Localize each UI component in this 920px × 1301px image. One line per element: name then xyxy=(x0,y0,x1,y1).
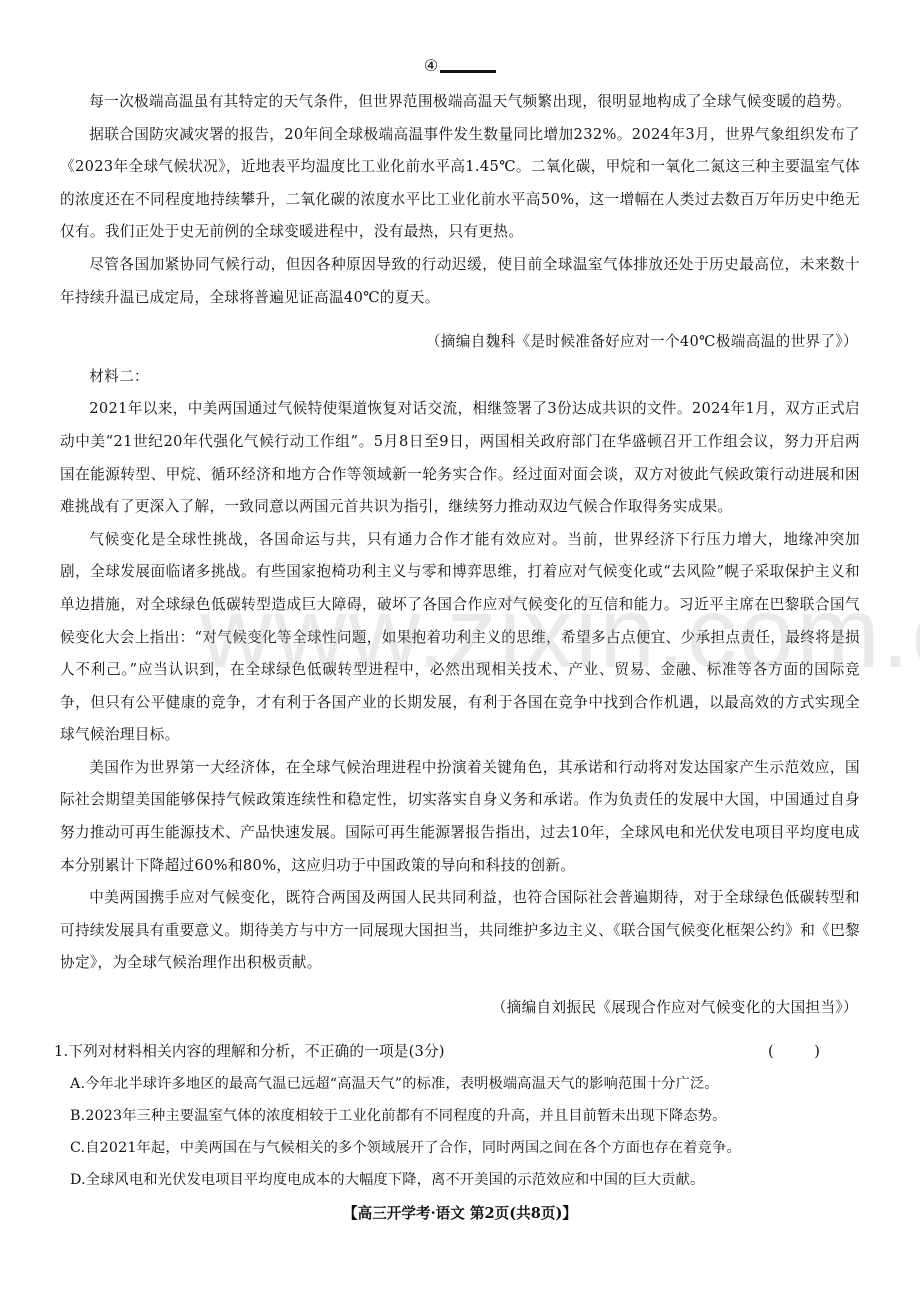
material-one-paragraph-3: 尽管各国加紧协同气候行动，但因各种原因导致的行动迟缓，使目前全球温室气体排放还处… xyxy=(60,249,860,314)
material-one-paragraph-1: 每一次极端高温虽有其特定的天气条件，但世界范围极端高温天气频繁出现，很明显地构成… xyxy=(60,86,860,119)
material-two-paragraph-2: 气候变化是全球性挑战，各国命运与共，只有通力合作才能有效应对。当前，世界经济下行… xyxy=(60,524,860,752)
section-heading: ④ xyxy=(0,55,920,77)
page-footer: 【高三开学考·语文 第2页(共8页)】 xyxy=(0,1203,920,1225)
question-stem-row: 1.下列对材料相关内容的理解和分析，不正确的一项是(3分) ( ) xyxy=(54,1036,866,1068)
material-two-paragraph-3: 美国作为世界第一大经济体，在全球气候治理进程中扮演着关键角色，其承诺和行动将对发… xyxy=(60,752,860,882)
heading-marker: ④ xyxy=(424,56,438,75)
material-two-source: （摘编自刘振民《展现合作应对气候变化的大国担当》） xyxy=(60,992,860,1025)
exam-page: ④ 每一次极端高温虽有其特定的天气条件，但世界范围极端高温天气频繁出现，很明显地… xyxy=(0,0,920,1301)
fill-in-blank-line xyxy=(440,70,496,73)
question-stem: 1.下列对材料相关内容的理解和分析，不正确的一项是(3分) xyxy=(54,1036,445,1068)
reading-passage: 每一次极端高温虽有其特定的天气条件，但世界范围极端高温天气频繁出现，很明显地构成… xyxy=(60,86,860,1027)
material-two-paragraph-4: 中美两国携手应对气候变化，既符合两国及两国人民共同利益，也符合国际社会普遍期待，… xyxy=(60,882,860,980)
material-two-label: 材料二： xyxy=(60,361,860,394)
question-1: 1.下列对材料相关内容的理解和分析，不正确的一项是(3分) ( ) A.今年北半… xyxy=(54,1036,866,1196)
option-a: A.今年北半球许多地区的最高气温已远超“高温天气”的标准，表明极端高温天气的影响… xyxy=(54,1068,866,1100)
material-one-source: （摘编自魏科《是时候准备好应对一个40℃极端高温的世界了》） xyxy=(60,326,860,359)
option-c: C.自2021年起，中美两国在与气候相关的多个领域展开了合作，同时两国之间在各个… xyxy=(54,1132,866,1164)
material-two-paragraph-1: 2021年以来，中美两国通过气候特使渠道恢复对话交流，相继签署了3份达成共识的文… xyxy=(60,393,860,523)
material-one-paragraph-2: 据联合国防灾减灾署的报告，20年间全球极端高温事件发生数量同比增加232%。20… xyxy=(60,119,860,249)
answer-bracket: ( ) xyxy=(768,1036,866,1068)
option-d: D.全球风电和光伏发电项目平均度电成本的大幅度下降，离不开美国的示范效应和中国的… xyxy=(54,1164,866,1196)
option-b: B.2023年三种主要温室气体的浓度相较于工业化前都有不同程度的升高，并且目前暂… xyxy=(54,1100,866,1132)
